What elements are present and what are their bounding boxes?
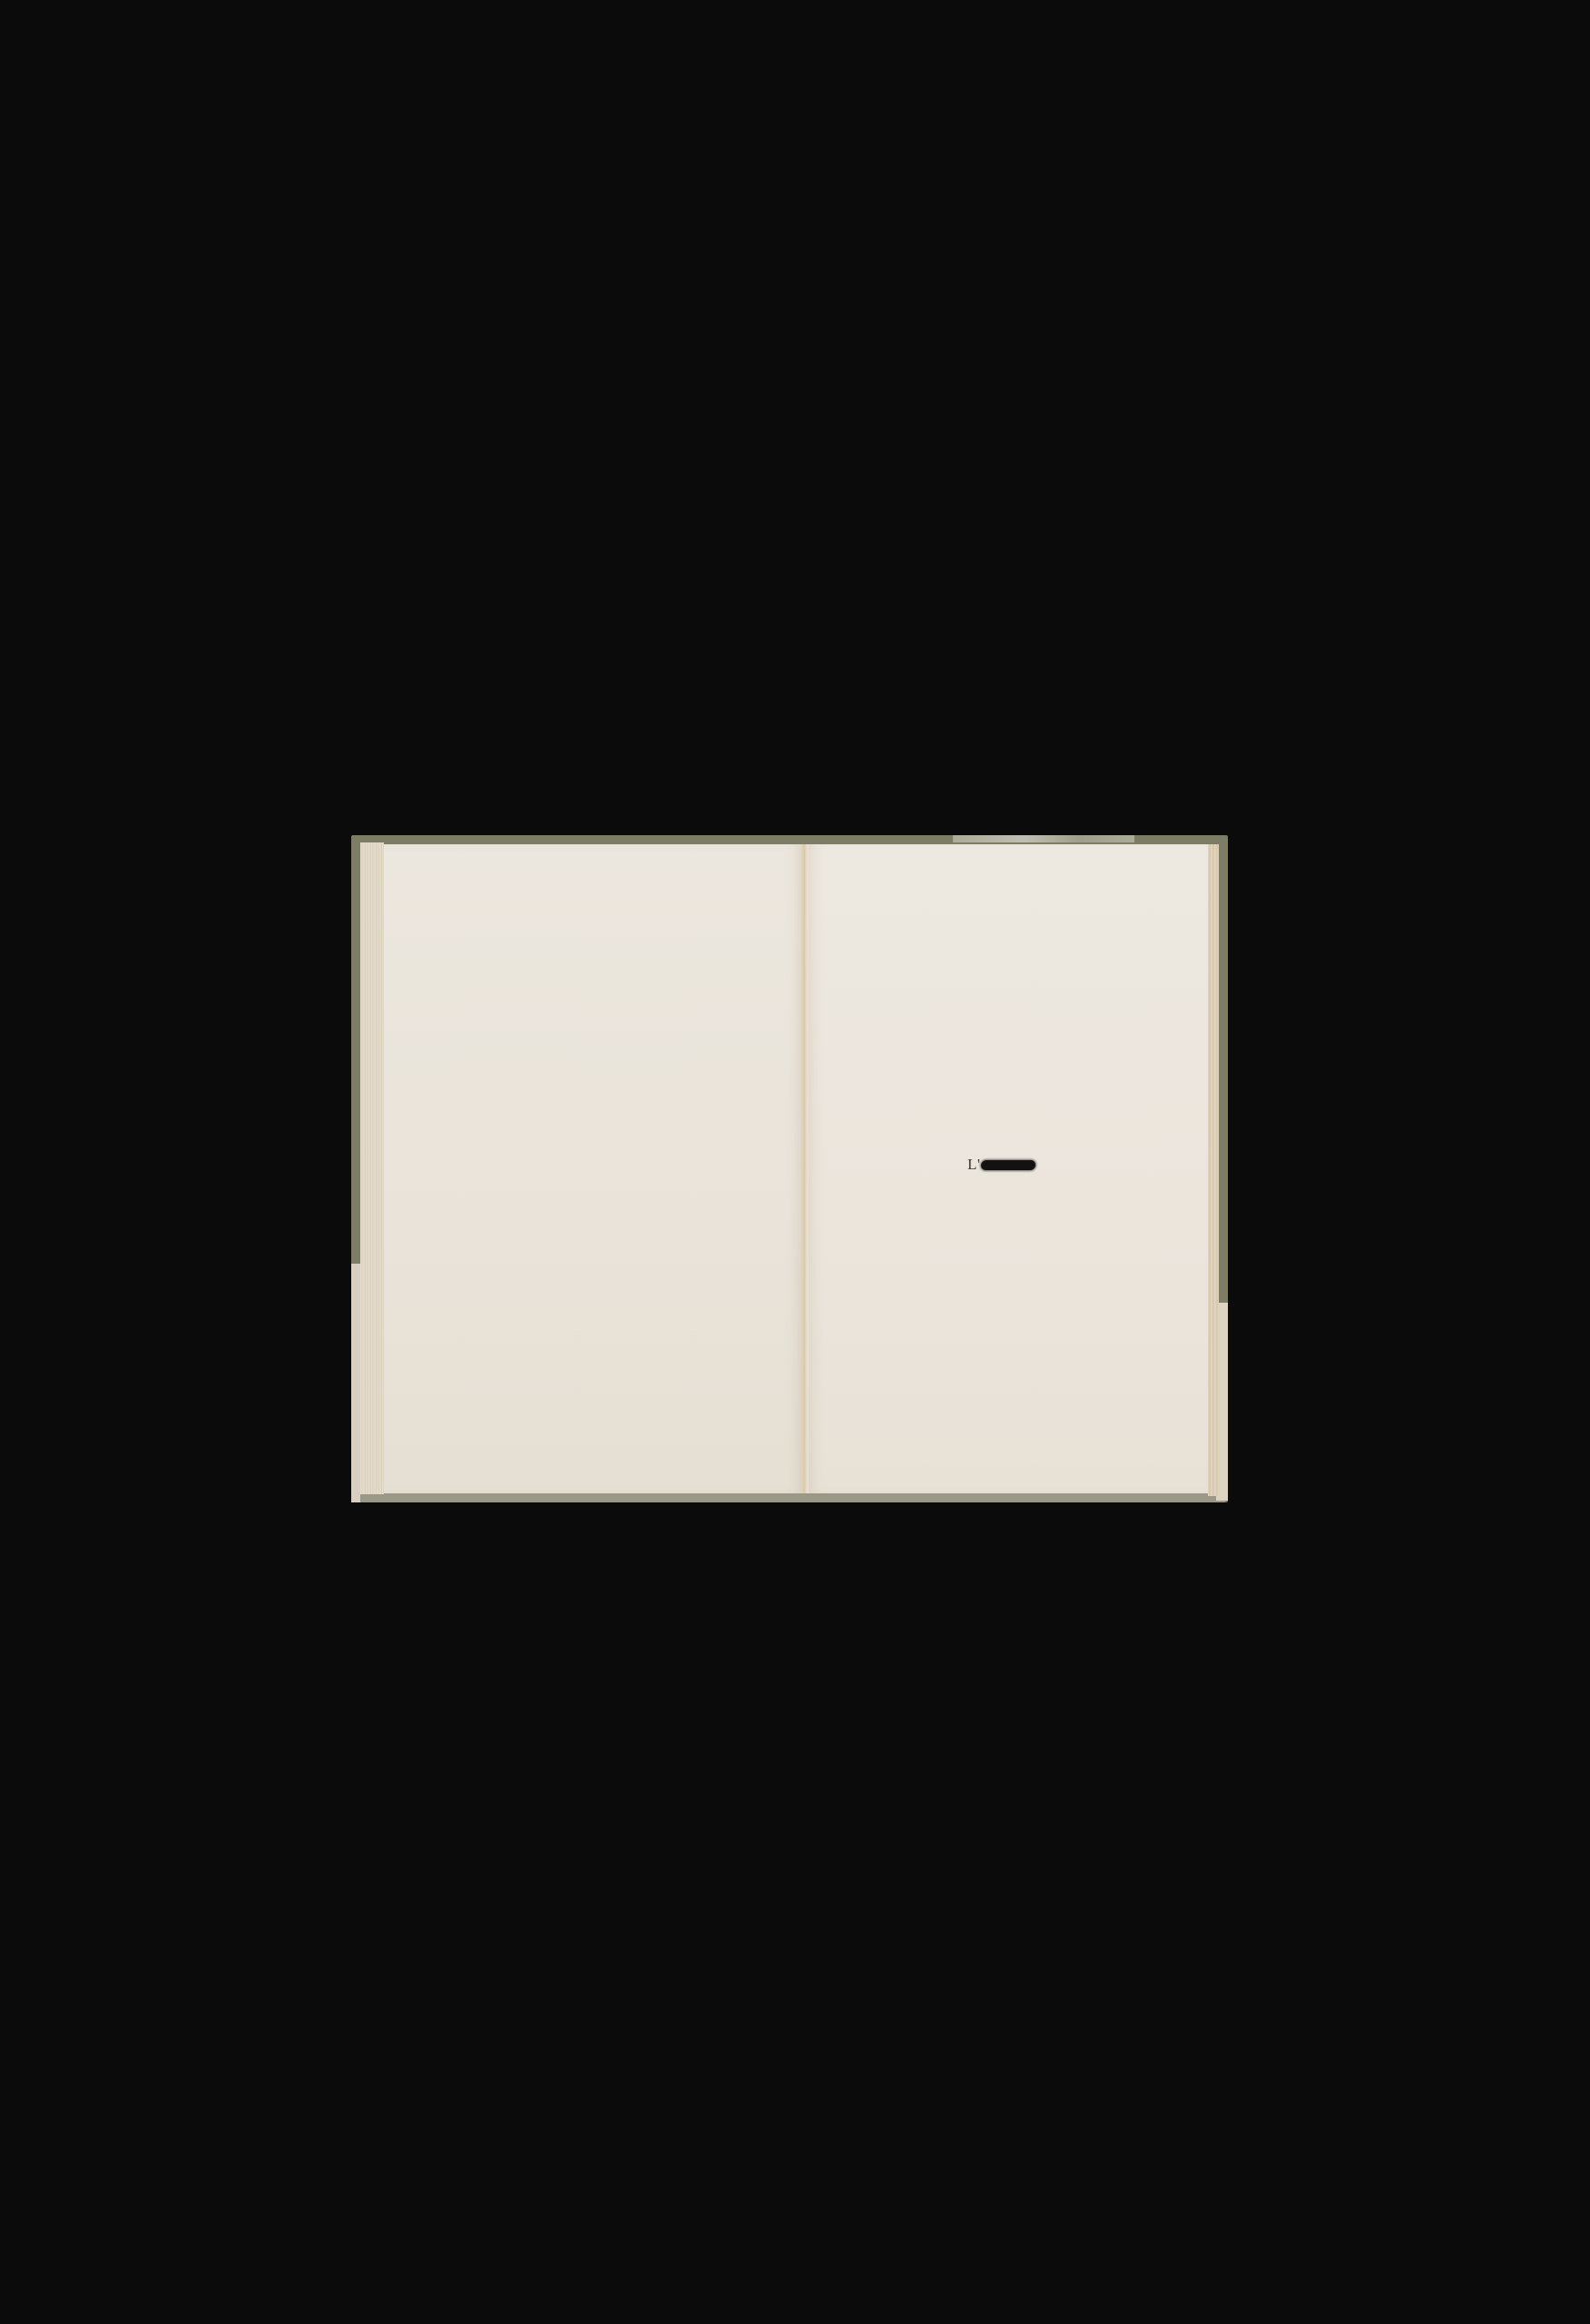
cover-top-edge: [953, 835, 1134, 842]
title-prefix: L': [967, 1156, 980, 1174]
cover-left-edge: [351, 1264, 360, 1502]
right-page-stack: [1208, 844, 1219, 1496]
redacted-title: [981, 1160, 1035, 1170]
left-page-stack: [360, 842, 384, 1494]
left-page: [384, 844, 801, 1493]
cover-bottom-edge: [358, 1493, 1225, 1502]
scan-canvas: L': [0, 0, 1590, 2324]
book-gutter: [801, 844, 809, 1493]
half-title: L': [967, 1155, 1035, 1175]
